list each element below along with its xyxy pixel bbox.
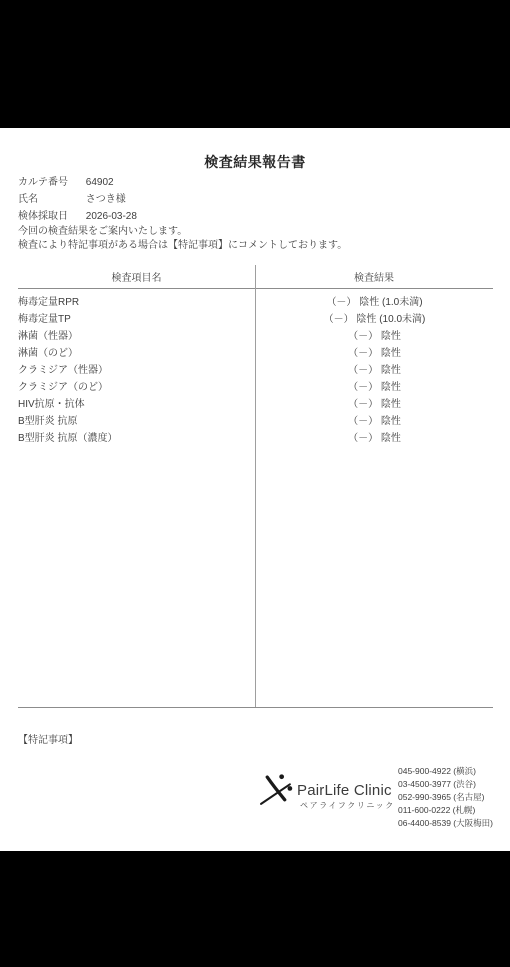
intro-text: 今回の検査結果をご案内いたします。 検査により特記事項がある場合は【特記事項】に… [18, 225, 347, 253]
test-result: （－） 陰性 (1.0未満) [256, 294, 493, 311]
column-header-result: 検査結果 [255, 269, 493, 284]
meta-row-patient-name: 氏名 さつき様 [18, 191, 137, 208]
table-row: 淋菌（のど） （－） 陰性 [0, 345, 510, 362]
results-table: 梅毒定量RPR （－） 陰性 (1.0未満) 梅毒定量TP （－） 陰性 (10… [0, 294, 510, 447]
intro-line-1: 今回の検査結果をご案内いたします。 [18, 225, 347, 239]
column-header-item: 検査項目名 [18, 269, 255, 284]
meta-row-chart-number: カルテ番号 64902 [18, 174, 137, 191]
table-row: 梅毒定量TP （－） 陰性 (10.0未満) [0, 311, 510, 328]
phone-osaka-umeda: 06-4400-8539 (大阪梅田) [398, 817, 493, 830]
chart-number-label: カルテ番号 [18, 174, 83, 191]
phone-sapporo: 011-600-0222 (札幌) [398, 804, 493, 817]
test-result: （－） 陰性 [256, 379, 493, 396]
notes-heading: 【特記事項】 [18, 731, 78, 746]
test-result: （－） 陰性 [256, 328, 493, 345]
table-row: B型肝炎 抗原（濃度） （－） 陰性 [0, 430, 510, 447]
phone-shibuya: 03-4500-3977 (渋谷) [398, 778, 493, 791]
test-item-name: クラミジア（性器） [18, 362, 108, 379]
test-item-name: 梅毒定量TP [18, 311, 71, 328]
test-item-name: B型肝炎 抗原（濃度） [18, 430, 117, 447]
clinic-name-ja: ペアライフクリニック [300, 800, 395, 811]
page-title: 検査結果報告書 [0, 152, 510, 172]
sample-date-value: 2026-03-28 [86, 211, 137, 222]
test-result: （－） 陰性 [256, 396, 493, 413]
table-row: クラミジア（性器） （－） 陰性 [0, 362, 510, 379]
test-item-name: HIV抗原・抗体 [18, 396, 85, 413]
patient-name-label: 氏名 [18, 191, 83, 208]
test-item-name: 淋菌（性器） [18, 328, 78, 345]
test-item-name: クラミジア（のど） [18, 379, 108, 396]
table-bottom-divider [18, 707, 493, 708]
test-result: （－） 陰性 (10.0未満) [256, 311, 493, 328]
phone-nagoya: 052-990-3965 (名古屋) [398, 791, 493, 804]
meta-row-sample-date: 検体採取日 2026-03-28 [18, 208, 137, 225]
letterbox-top [0, 0, 510, 128]
report-page: 検査結果報告書 カルテ番号 64902 氏名 さつき様 検体採取日 2026-0… [0, 128, 510, 851]
sample-date-label: 検体採取日 [18, 208, 83, 225]
test-result: （－） 陰性 [256, 413, 493, 430]
meta-section: カルテ番号 64902 氏名 さつき様 検体採取日 2026-03-28 [18, 174, 137, 225]
test-item-name: 梅毒定量RPR [18, 294, 79, 311]
test-item-name: B型肝炎 抗原 [18, 413, 77, 430]
chart-number-value: 64902 [86, 177, 114, 188]
table-row: クラミジア（のど） （－） 陰性 [0, 379, 510, 396]
phone-yokohama: 045-900-4922 (横浜) [398, 765, 493, 778]
pairlife-logo-icon [259, 774, 294, 807]
test-result: （－） 陰性 [256, 362, 493, 379]
clinic-phone-list: 045-900-4922 (横浜) 03-4500-3977 (渋谷) 052-… [398, 765, 493, 830]
table-row: B型肝炎 抗原 （－） 陰性 [0, 413, 510, 430]
intro-line-2: 検査により特記事項がある場合は【特記事項】にコメントしております。 [18, 239, 347, 253]
letterbox-bottom [0, 851, 510, 967]
screen: 検査結果報告書 カルテ番号 64902 氏名 さつき様 検体採取日 2026-0… [0, 0, 510, 967]
table-row: 淋菌（性器） （－） 陰性 [0, 328, 510, 345]
table-row: HIV抗原・抗体 （－） 陰性 [0, 396, 510, 413]
patient-name-value: さつき様 [86, 194, 126, 205]
test-result: （－） 陰性 [256, 430, 493, 447]
test-item-name: 淋菌（のど） [18, 345, 78, 362]
clinic-name-en: PairLife Clinic [297, 782, 392, 799]
table-row: 梅毒定量RPR （－） 陰性 (1.0未満) [0, 294, 510, 311]
test-result: （－） 陰性 [256, 345, 493, 362]
